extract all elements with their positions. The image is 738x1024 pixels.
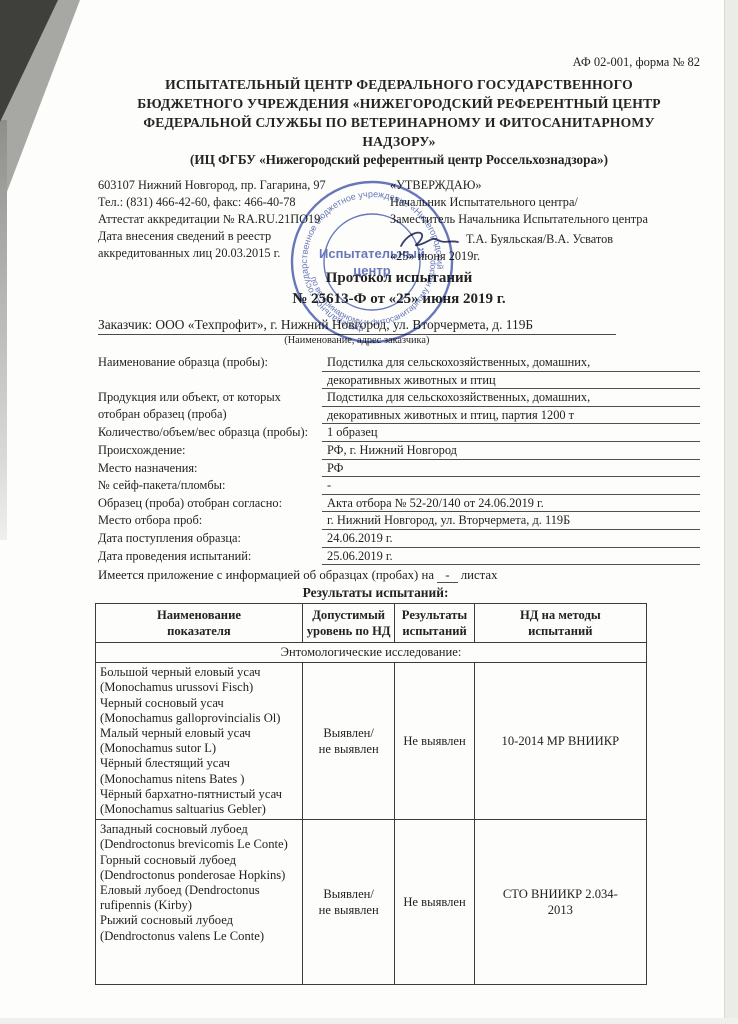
allowed-level-cell: Выявлен/ не выявлен [302,663,395,820]
scan-edge-bottom [0,1018,738,1024]
result-cell: Не выявлен [395,820,474,985]
official-stamp: федеральное государственное бюджетное уч… [286,176,458,348]
field-quantity: Количество/объем/вес образца (пробы): 1 … [98,424,700,442]
field-value-line: декоративных животных и птиц [322,372,700,390]
field-value-line: Подстилка для сельскохозяйственных, дома… [322,389,700,407]
results-table: Наименование показателя Допустимый урове… [95,603,647,985]
field-value-line: Акта отбора № 52-20/140 от 24.06.2019 г. [322,495,700,513]
sample-fields: Наименование образца (пробы): Подстилка … [98,354,700,565]
org-subtitle: (ИЦ ФГБУ «Нижегородский референтный цент… [98,152,700,168]
table-row: Большой черный еловый усач (Monochamus u… [96,663,647,820]
field-value-line: г. Нижний Новгород, ул. Вторчермета, д. … [322,512,700,530]
scan-edge-right [724,0,738,1024]
field-value-line: 1 образец [322,424,700,442]
attachment-pages-blank: - [437,568,457,583]
field-value-line: 25.06.2019 г. [322,548,700,566]
field-sample-name: Наименование образца (пробы): Подстилка … [98,354,700,389]
stamp-ring-text-top: федеральное государственное бюджетное уч… [299,189,445,335]
field-value-line: РФ [322,460,700,478]
approval-signees: Т.А. Буяльская/В.А. Усватов [466,231,613,248]
method-cell: 10-2014 МР ВНИИКР [474,663,646,820]
table-row: Западный сосновый лубоед (Dendroctonus b… [96,820,647,985]
col-header-method: НД на методы испытаний [474,604,646,643]
results-header-row: Наименование показателя Допустимый урове… [96,604,647,643]
field-value-line: РФ, г. Нижний Новгород [322,442,700,460]
col-header-indicator: Наименование показателя [96,604,303,643]
field-value-line: - [322,477,700,495]
field-receipt-date: Дата поступления образца: 24.06.2019 г. [98,530,700,548]
section-row: Энтомологические исследование: [96,643,647,663]
attachment-note: Имеется приложение с информацией об обра… [98,568,700,583]
field-seal-number: № сейф-пакета/пломбы: - [98,477,700,495]
org-title: ИСПЫТАТЕЛЬНЫЙ ЦЕНТР ФЕДЕРАЛЬНОГО ГОСУДАР… [98,75,700,151]
field-product-object: Продукция или объект, от которых отобран… [98,389,700,424]
field-test-date: Дата проведения испытаний: 25.06.2019 г. [98,548,700,566]
method-cell: СТО ВНИИКР 2.034- 2013 [474,820,646,985]
field-destination: Место назначения: РФ [98,460,700,478]
field-value-line: Подстилка для сельскохозяйственных, дома… [322,354,700,372]
stamp-center-line1: Испытательный [319,246,425,261]
indicator-cell: Большой черный еловый усач (Monochamus u… [96,663,303,820]
document-page: АФ 02-001, форма № 82 ИСПЫТАТЕЛЬНЫЙ ЦЕНТ… [0,0,738,1024]
col-header-allowed-level: Допустимый уровень по НД [302,604,395,643]
results-heading: Результаты испытаний: [98,585,653,601]
col-header-result: Результаты испытаний [395,604,474,643]
field-sampling-place: Место отбора проб: г. Нижний Новгород, у… [98,512,700,530]
field-value-line: 24.06.2019 г. [322,530,700,548]
scan-edge-left [0,120,7,540]
section-title: Энтомологические исследование: [96,643,647,663]
indicator-cell: Западный сосновый лубоед (Dendroctonus b… [96,820,303,985]
allowed-level-cell: Выявлен/ не выявлен [302,820,395,985]
field-value-line: декоративных животных и птиц, партия 120… [322,407,700,425]
customer-label: Заказчик: [98,317,152,332]
field-origin: Происхождение: РФ, г. Нижний Новгород [98,442,700,460]
stamp-center-line2: центр [353,263,390,278]
scanned-document: АФ 02-001, форма № 82 ИСПЫТАТЕЛЬНЫЙ ЦЕНТ… [0,0,738,1024]
field-sampled-according: Образец (проба) отобран согласно: Акта о… [98,495,700,513]
form-code: АФ 02-001, форма № 82 [98,55,700,70]
result-cell: Не выявлен [395,663,474,820]
